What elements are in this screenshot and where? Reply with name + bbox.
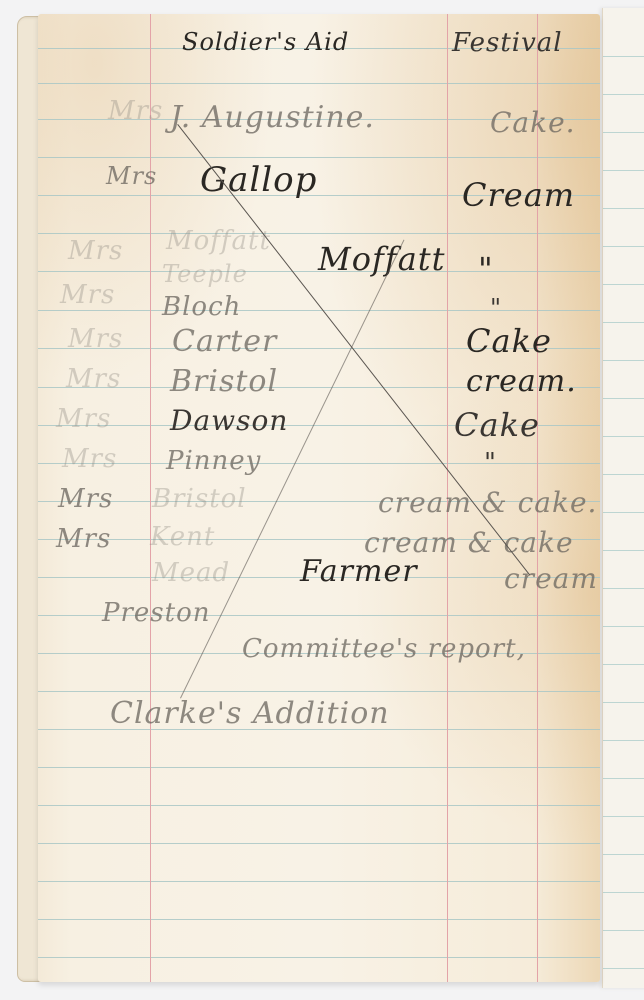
margin-line-left — [150, 14, 151, 982]
ruled-line — [38, 881, 600, 882]
ruled-line — [603, 550, 644, 551]
footer-clarkes-addition: Clarke's Addition — [110, 696, 390, 731]
crossed-name: Moffatt — [166, 226, 271, 256]
entry-name: Farmer — [300, 554, 418, 589]
ruled-line — [38, 463, 600, 464]
ruled-line — [603, 740, 644, 741]
adjacent-page — [602, 8, 644, 988]
entry-item: cream — [504, 562, 598, 595]
ruled-line — [38, 767, 600, 768]
entry-item: Cake — [454, 406, 540, 444]
entry-item: Cake — [466, 322, 552, 360]
entry-item: cream & cake — [364, 526, 574, 559]
ruled-line — [603, 512, 644, 513]
entry-item: cream & cake. — [378, 486, 597, 519]
header-title-right: Festival — [452, 28, 563, 58]
entry-name: Dawson — [170, 404, 288, 437]
crossed-name: Pinney — [166, 446, 261, 476]
crossed-name: Kent — [150, 522, 215, 552]
crossed-name: Bloch — [162, 292, 241, 322]
entry-name: Moffatt — [318, 240, 446, 278]
ruled-line — [603, 854, 644, 855]
entry-item: " — [478, 250, 494, 288]
ruled-line — [603, 322, 644, 323]
faint-prefix: Mrs — [68, 236, 123, 266]
ruled-line — [38, 691, 600, 692]
entry-name: J. Augustine. — [170, 100, 375, 135]
ruled-line — [603, 816, 644, 817]
ruled-line — [603, 626, 644, 627]
faint-prefix: Mrs — [68, 324, 123, 354]
ruled-line — [603, 588, 644, 589]
ruled-line — [38, 83, 600, 84]
entry-name: Gallop — [200, 160, 317, 200]
entry-name: Bristol — [170, 364, 278, 399]
ruled-line — [603, 474, 644, 475]
header-title-left: Soldier's Aid — [182, 28, 349, 56]
ruled-line — [603, 968, 644, 969]
ruled-line — [603, 778, 644, 779]
ruled-line — [603, 170, 644, 171]
ruled-line — [603, 284, 644, 285]
ruled-line — [38, 233, 600, 234]
crossed-name: Teeple — [162, 260, 248, 288]
faint-prefix: Mrs — [58, 484, 113, 514]
ruled-line — [38, 157, 600, 158]
faint-prefix: Mrs — [108, 96, 163, 126]
ruled-line — [603, 246, 644, 247]
ruled-line — [603, 360, 644, 361]
ruled-line — [38, 805, 600, 806]
ruled-line — [603, 132, 644, 133]
entry-item: Cream — [462, 176, 575, 214]
entry-name: Carter — [172, 324, 277, 359]
crossed-name: Mead — [152, 558, 230, 588]
faint-prefix: Mrs — [62, 444, 117, 474]
ruled-line — [603, 892, 644, 893]
ruled-line — [603, 930, 644, 931]
ruled-line — [603, 702, 644, 703]
faint-extra-name: Preston — [102, 598, 211, 628]
ledger-page: Mrs Mrs Mrs Mrs Mrs Mrs Mrs Mrs Mrs Mrs … — [38, 14, 600, 982]
ruled-line — [38, 957, 600, 958]
entry-item: " — [490, 294, 502, 322]
faint-prefix: Mrs — [106, 162, 157, 190]
ruled-line — [603, 398, 644, 399]
ruled-line — [603, 94, 644, 95]
entry-item: cream. — [466, 364, 577, 399]
ruled-line — [603, 664, 644, 665]
faint-prefix: Mrs — [66, 364, 121, 394]
faint-prefix: Mrs — [56, 524, 111, 554]
ruled-line — [38, 310, 600, 311]
ruled-line — [603, 436, 644, 437]
ruled-line — [603, 208, 644, 209]
entry-item: " — [484, 448, 497, 478]
crossed-name: Bristol — [152, 484, 247, 514]
entry-item: Cake. — [490, 106, 576, 139]
faint-prefix: Mrs — [60, 280, 115, 310]
footer-committee-report: Committee's report, — [242, 634, 526, 664]
faint-prefix: Mrs — [56, 404, 111, 434]
ruled-line — [603, 56, 644, 57]
ruled-line — [38, 843, 600, 844]
ruled-line — [38, 919, 600, 920]
